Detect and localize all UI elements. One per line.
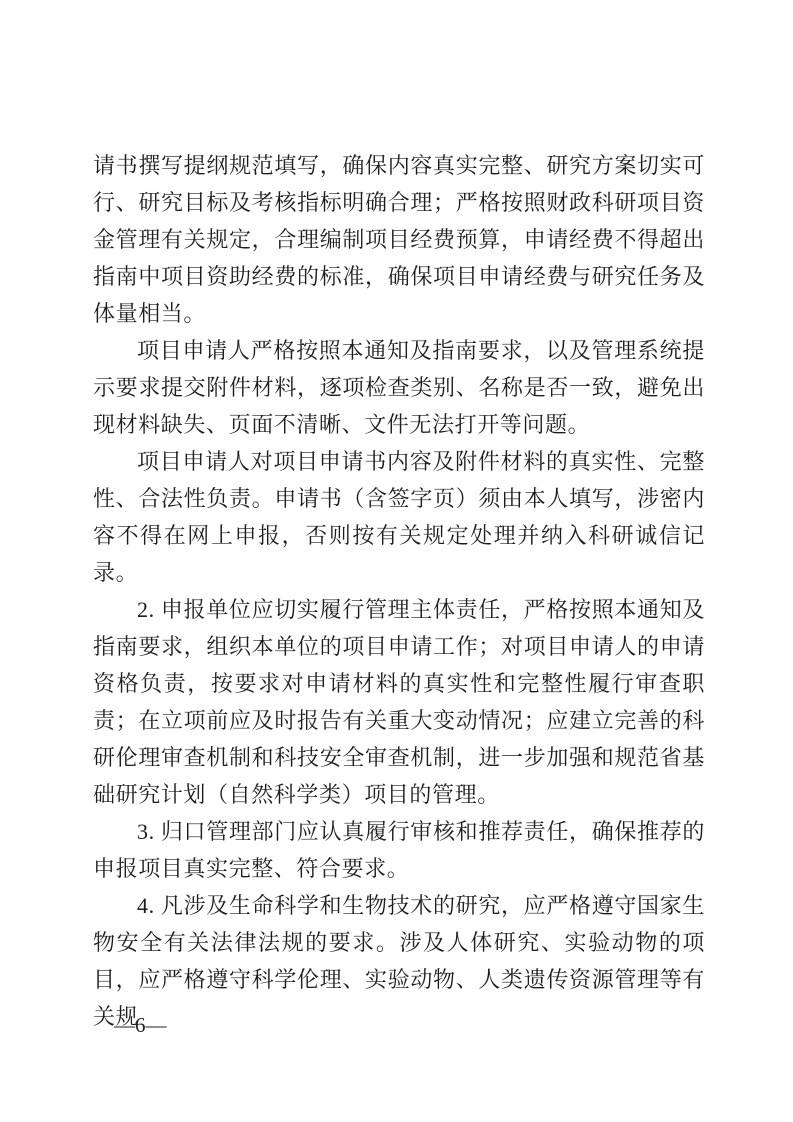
- body-paragraph-2: 项目申请人严格按照本通知及指南要求，以及管理系统提示要求提交附件材料，逐项检查类…: [93, 332, 705, 443]
- body-paragraph-6-item-4: 4. 凡涉及生命科学和生物技术的研究，应严格遵守国家生物安全有关法律法规的要求。…: [93, 887, 705, 1035]
- body-paragraph-5-item-3: 3. 归口管理部门应认真履行审核和推荐责任，确保推荐的申报项目真实完整、符合要求…: [93, 813, 705, 887]
- page-number: —6—: [114, 1013, 167, 1037]
- body-paragraph-1: 请书撰写提纲规范填写，确保内容真实完整、研究方案切实可行、研究目标及考核指标明确…: [93, 147, 705, 332]
- document-page: 请书撰写提纲规范填写，确保内容真实完整、研究方案切实可行、研究目标及考核指标明确…: [0, 0, 793, 1122]
- body-paragraph-4-item-2: 2. 申报单位应切实履行管理主体责任，严格按照本通知及指南要求，组织本单位的项目…: [93, 591, 705, 813]
- document-body: 请书撰写提纲规范填写，确保内容真实完整、研究方案切实可行、研究目标及考核指标明确…: [93, 147, 705, 1035]
- body-paragraph-3: 项目申请人对项目申请书内容及附件材料的真实性、完整性、合法性负责。申请书（含签字…: [93, 443, 705, 591]
